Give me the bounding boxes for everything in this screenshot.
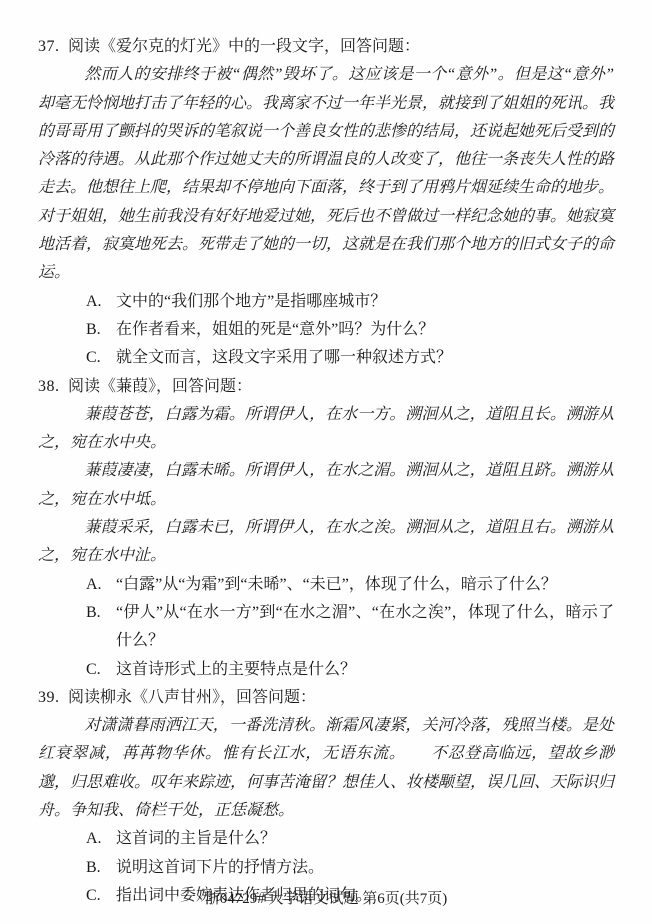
question-38-number: 38. — [38, 373, 68, 401]
question-38-stem-row: 38. 阅读《蒹葭》，回答问题： — [38, 373, 614, 401]
question-39-subquestion-b: B. 说明这首词下片的抒情方法。 — [86, 854, 614, 882]
question-37-stem-row: 37. 阅读《爱尔克的灯光》中的一段文字，回答问题： — [38, 33, 614, 61]
question-37-number: 37. — [38, 33, 68, 61]
subquestion-text: 说明这首词下片的抒情方法。 — [116, 854, 614, 882]
page-footer: 浙04729# 大学语文试题 第6页(共7页) — [0, 888, 652, 910]
question-38-poem: 蒹葭苍苍，白露为霜。所谓伊人，在水一方。溯洄从之，道阻且长。溯游从之，宛在水中央… — [38, 401, 614, 571]
question-38-subquestion-c: C. 这首诗形式上的主要特点是什么？ — [86, 656, 614, 684]
question-38-subquestion-a: A. “白露”从“为霜”到“未晞”、“未已”，体现了什么，暗示了什么？ — [86, 571, 614, 599]
subquestion-label: A. — [86, 571, 116, 599]
subquestion-label: C. — [86, 344, 116, 372]
subquestion-label: B. — [86, 599, 116, 656]
question-39-poem: 对潇潇暮雨洒江天，一番洗清秋。渐霜风凄紧，关河冷落，残照当楼。是处红衰翠减，苒苒… — [38, 712, 614, 825]
poem-stanza-2: 蒹葭凄凄，白露未晞。所谓伊人，在水之湄。溯洄从之，道阻且跻。溯游从之，宛在水中坻… — [38, 457, 614, 514]
subquestion-text: 在作者看来，姐姐的死是“意外”吗？为什么？ — [116, 316, 614, 344]
question-39-subquestion-a: A. 这首词的主旨是什么？ — [86, 825, 614, 853]
question-37-stem: 阅读《爱尔克的灯光》中的一段文字，回答问题： — [68, 33, 614, 61]
question-39-stem-row: 39. 阅读柳永《八声甘州》，回答问题： — [38, 684, 614, 712]
subquestion-text: 就全文而言，这段文字采用了哪一种叙述方式？ — [116, 344, 614, 372]
poem-stanza-3: 蒹葭采采，白露未已，所谓伊人，在水之涘。溯洄从之，道阻且右。溯游从之，宛在水中沚… — [38, 514, 614, 571]
subquestion-label: C. — [86, 656, 116, 684]
subquestion-label: A. — [86, 288, 116, 316]
subquestion-text: “伊人”从“在水一方”到“在水之湄”、“在水之涘”，体现了什么，暗示了什么？ — [116, 599, 614, 656]
poem-stanza-1: 蒹葭苍苍，白露为霜。所谓伊人，在水一方。溯洄从之，道阻且长。溯游从之，宛在水中央… — [38, 401, 614, 458]
exam-paper-page: 37. 阅读《爱尔克的灯光》中的一段文字，回答问题： 然而人的安排终于被“偶然”… — [0, 0, 652, 924]
question-38-stem: 阅读《蒹葭》，回答问题： — [68, 373, 614, 401]
question-37-subquestion-a: A. 文中的“我们那个地方”是指哪座城市？ — [86, 288, 614, 316]
subquestion-text: 这首词的主旨是什么？ — [116, 825, 614, 853]
question-37-passage: 然而人的安排终于被“偶然”毁坏了。这应该是一个“意外”。但是这“意外”却毫无怜悯… — [38, 61, 614, 287]
question-37-subquestion-c: C. 就全文而言，这段文字采用了哪一种叙述方式？ — [86, 344, 614, 372]
question-39-number: 39. — [38, 684, 68, 712]
subquestion-label: B. — [86, 854, 116, 882]
subquestion-label: B. — [86, 316, 116, 344]
question-37-subquestion-b: B. 在作者看来，姐姐的死是“意外”吗？为什么？ — [86, 316, 614, 344]
subquestion-text: 文中的“我们那个地方”是指哪座城市？ — [116, 288, 614, 316]
question-38-subquestion-b: B. “伊人”从“在水一方”到“在水之湄”、“在水之涘”，体现了什么，暗示了什么… — [86, 599, 614, 656]
subquestion-text: “白露”从“为霜”到“未晞”、“未已”，体现了什么，暗示了什么？ — [116, 571, 614, 599]
passage-paragraph: 然而人的安排终于被“偶然”毁坏了。这应该是一个“意外”。但是这“意外”却毫无怜悯… — [38, 61, 614, 287]
subquestion-label: A. — [86, 825, 116, 853]
question-37: 37. 阅读《爱尔克的灯光》中的一段文字，回答问题： 然而人的安排终于被“偶然”… — [38, 33, 614, 373]
question-39-stem: 阅读柳永《八声甘州》，回答问题： — [68, 684, 614, 712]
poem-text: 对潇潇暮雨洒江天，一番洗清秋。渐霜风凄紧，关河冷落，残照当楼。是处红衰翠减，苒苒… — [38, 712, 614, 825]
question-39: 39. 阅读柳永《八声甘州》，回答问题： 对潇潇暮雨洒江天，一番洗清秋。渐霜风凄… — [38, 684, 614, 910]
subquestion-text: 这首诗形式上的主要特点是什么？ — [116, 656, 614, 684]
question-38: 38. 阅读《蒹葭》，回答问题： 蒹葭苍苍，白露为霜。所谓伊人，在水一方。溯洄从… — [38, 373, 614, 684]
